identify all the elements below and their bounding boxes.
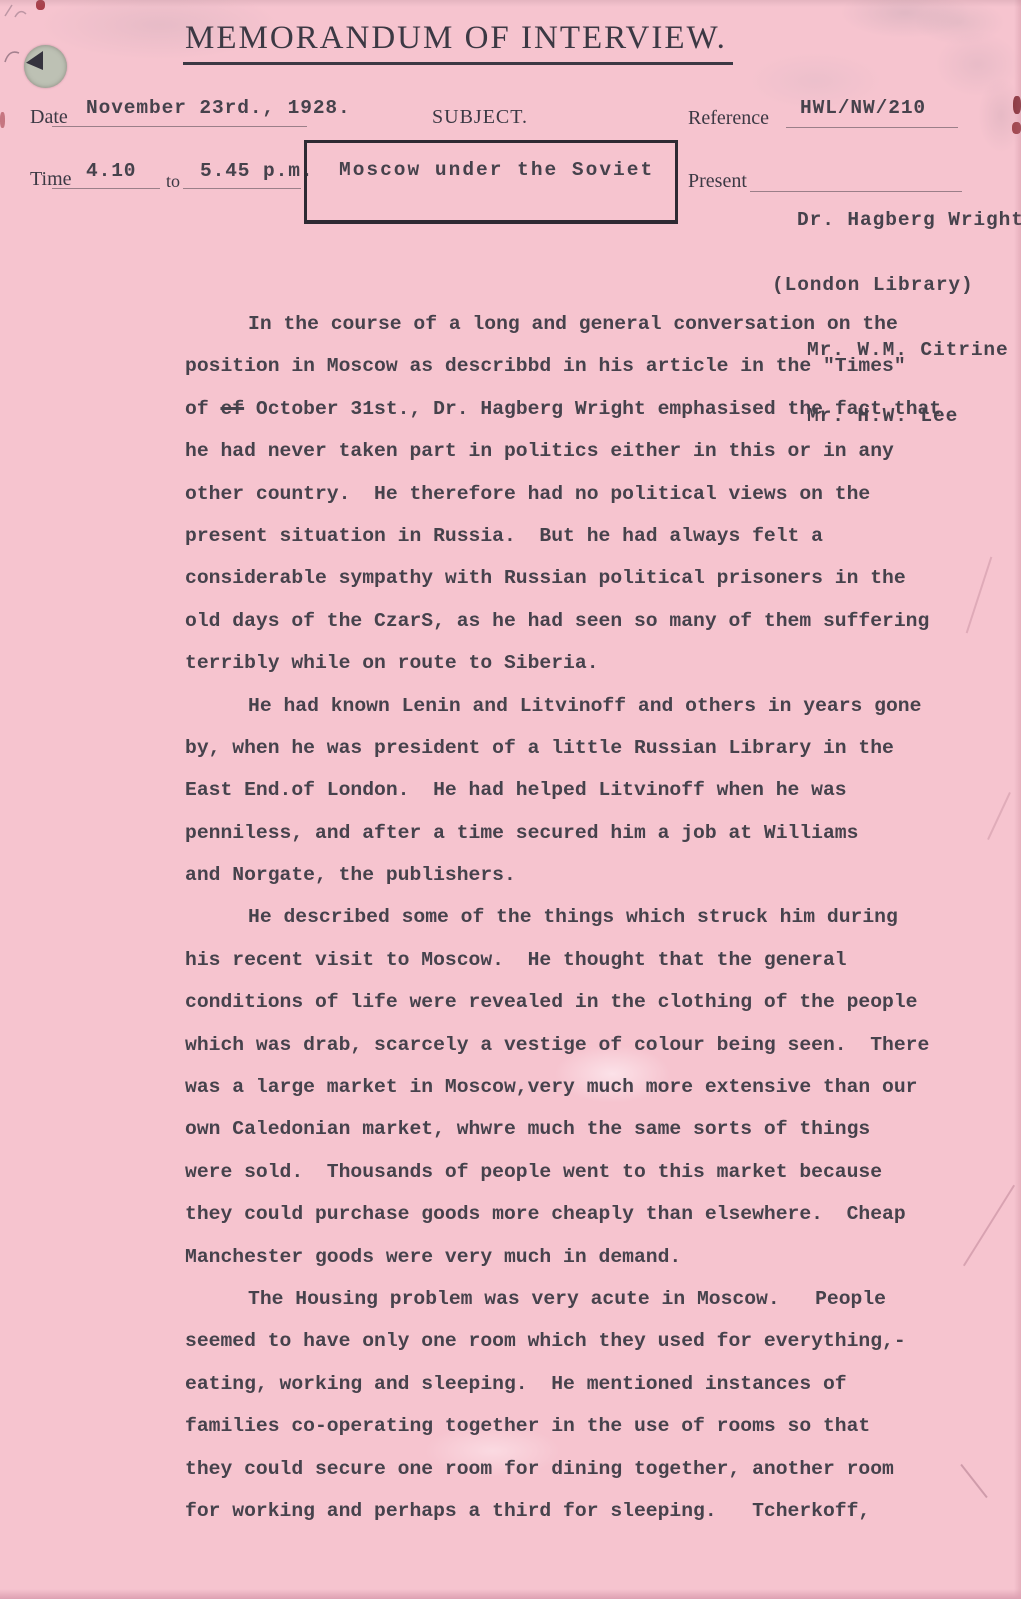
body-text: seemed to have only one room which they …: [185, 1330, 906, 1352]
body-line: penniless, and after a time secured him …: [185, 812, 985, 854]
body-text: families co-operating together in the us…: [185, 1415, 870, 1437]
body-text: they could secure one room for dining to…: [185, 1458, 894, 1480]
body-line: eating, working and sleeping. He mention…: [185, 1363, 985, 1405]
body-text: position in Moscow as describbd in his a…: [185, 355, 906, 377]
subject-box: Moscow under the Soviet: [304, 140, 678, 224]
page-edge-bottom: [0, 1589, 1021, 1599]
time-rule: [52, 188, 160, 189]
time-to-label: to: [166, 171, 180, 192]
body-text: terribly while on route to Siberia.: [185, 652, 599, 674]
reference-rule: [786, 127, 958, 128]
body-text: by, when he was president of a little Ru…: [185, 737, 894, 759]
reference-label: Reference: [688, 107, 769, 130]
body-line: position in Moscow as describbd in his a…: [185, 345, 985, 387]
body-line: Manchester goods were very much in deman…: [185, 1236, 985, 1278]
body-line: families co-operating together in the us…: [185, 1405, 985, 1447]
memo-title: MEMORANDUM OF INTERVIEW.: [183, 20, 733, 65]
body-line: He described some of the things which st…: [185, 896, 985, 938]
subject-label: SUBJECT.: [432, 106, 528, 129]
body-text: penniless, and after a time secured him …: [185, 822, 858, 844]
body-text: and Norgate, the publishers.: [185, 864, 516, 886]
body-text: own Caledonian market, whwre much the sa…: [185, 1118, 870, 1140]
body-line: He had known Lenin and Litvinoff and oth…: [185, 685, 985, 727]
page-edge-top: [0, 0, 1021, 7]
body-line: was a large market in Moscow,very much m…: [185, 1066, 985, 1108]
time-rule-2: [183, 188, 301, 189]
body-line: they could purchase goods more cheaply t…: [185, 1193, 985, 1235]
body-text: He had known Lenin and Litvinoff and oth…: [248, 695, 921, 717]
body-line: of ef October 31st., Dr. Hagberg Wright …: [185, 388, 985, 430]
body-line: East End.of London. He had helped Litvin…: [185, 769, 985, 811]
paper-stain: [935, 32, 1020, 97]
body-line: were sold. Thousands of people went to t…: [185, 1151, 985, 1193]
reference-value: HWL/NW/210: [800, 97, 926, 119]
paper-crease: [987, 792, 1011, 840]
body-line: In the course of a long and general conv…: [185, 303, 985, 345]
body-text: old days of the CzarS, as he had seen so…: [185, 610, 929, 632]
body-line: seemed to have only one room which they …: [185, 1320, 985, 1362]
body-text: In the course of a long and general conv…: [248, 313, 898, 335]
body-line: which was drab, scarcely a vestige of co…: [185, 1024, 985, 1066]
pencil-mark: [2, 44, 24, 68]
body-text: Manchester goods were very much in deman…: [185, 1246, 681, 1268]
body-text: were sold. Thousands of people went to t…: [185, 1161, 882, 1183]
time-start-value: 4.10: [86, 160, 136, 182]
date-value: November 23rd., 1928.: [86, 97, 351, 119]
body-text: considerable sympathy with Russian polit…: [185, 567, 906, 589]
memorandum-page: MEMORANDUM OF INTERVIEW. Date November 2…: [0, 0, 1021, 1599]
body-line: terribly while on route to Siberia.: [185, 642, 985, 684]
body-line: for working and perhaps a third for slee…: [185, 1490, 985, 1532]
body-line: they could secure one room for dining to…: [185, 1448, 985, 1490]
body-line: present situation in Russia. But he had …: [185, 515, 985, 557]
subject-value: Moscow under the Soviet: [339, 159, 654, 181]
body-text: of: [185, 398, 220, 420]
red-ink-mark: [0, 112, 5, 128]
body-line: other country. He therefore had no polit…: [185, 473, 985, 515]
attendee-name: (London Library): [772, 275, 1021, 297]
body-text: they could purchase goods more cheaply t…: [185, 1203, 906, 1225]
body-text: which was drab, scarcely a vestige of co…: [185, 1034, 929, 1056]
struck-text: ef: [220, 398, 244, 420]
attendee-name: Dr. Hagberg Wright: [772, 210, 1021, 232]
body-text: was a large market in Moscow,very much m…: [185, 1076, 918, 1098]
time-end-value: 5.45 p.m.: [200, 160, 313, 182]
body-text: eating, working and sleeping. He mention…: [185, 1373, 847, 1395]
body-line: by, when he was president of a little Ru…: [185, 727, 985, 769]
body-line: considerable sympathy with Russian polit…: [185, 557, 985, 599]
body-text: present situation in Russia. But he had …: [185, 525, 823, 547]
body-text: his recent visit to Moscow. He thought t…: [185, 949, 847, 971]
body-text: he had never taken part in politics eith…: [185, 440, 894, 462]
body-line: old days of the CzarS, as he had seen so…: [185, 600, 985, 642]
body-line: conditions of life were revealed in the …: [185, 981, 985, 1023]
body-line: he had never taken part in politics eith…: [185, 430, 985, 472]
punch-hole: [24, 45, 67, 88]
body-text: East End.of London. He had helped Litvin…: [185, 779, 847, 801]
body-text: He described some of the things which st…: [248, 906, 898, 928]
body-text: for working and perhaps a third for slee…: [185, 1500, 870, 1522]
body-text: other country. He therefore had no polit…: [185, 483, 870, 505]
document-body: In the course of a long and general conv…: [185, 303, 985, 1532]
body-text: The Housing problem was very acute in Mo…: [248, 1288, 886, 1310]
body-line: his recent visit to Moscow. He thought t…: [185, 939, 985, 981]
body-text: October 31st., Dr. Hagberg Wright emphas…: [244, 398, 941, 420]
date-rule: [52, 126, 307, 127]
body-text: conditions of life were revealed in the …: [185, 991, 918, 1013]
body-line: The Housing problem was very acute in Mo…: [185, 1278, 985, 1320]
page-edge-right: [1014, 0, 1021, 1599]
body-line: and Norgate, the publishers.: [185, 854, 985, 896]
present-label: Present: [688, 170, 747, 193]
body-line: own Caledonian market, whwre much the sa…: [185, 1108, 985, 1150]
